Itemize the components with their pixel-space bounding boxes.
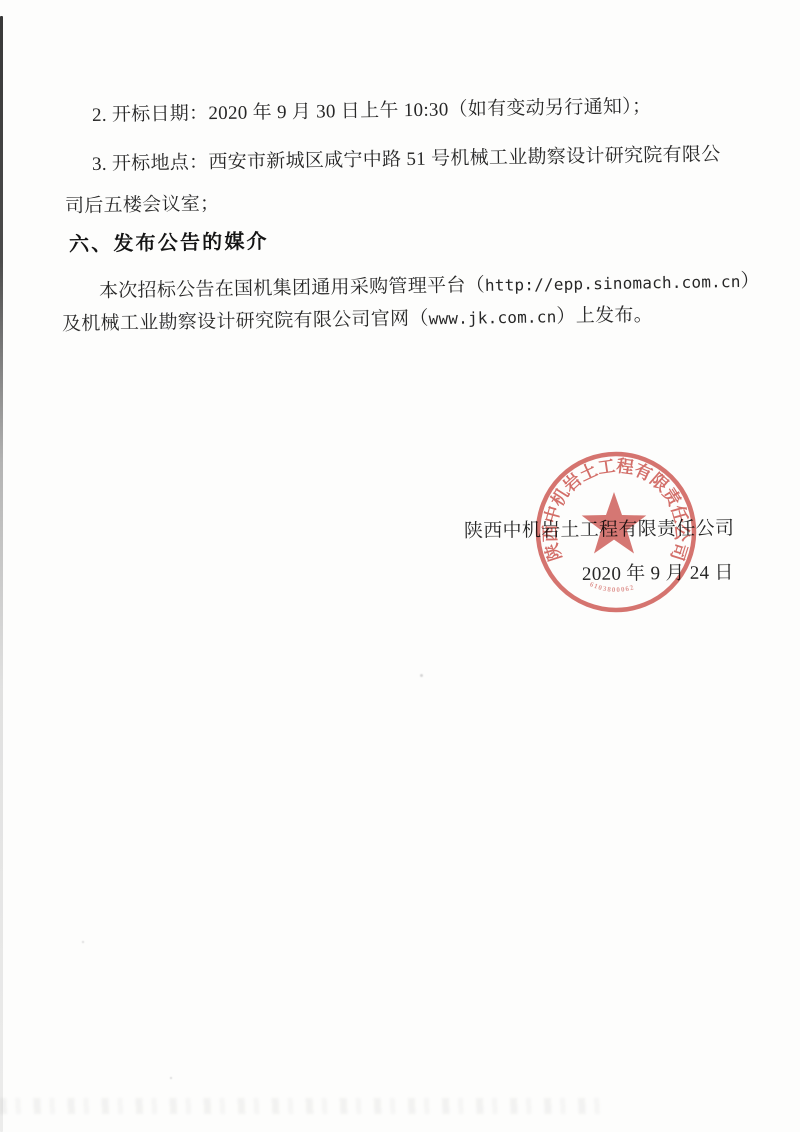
media-line-1-close: ） — [740, 271, 760, 292]
scan-smudge-band — [0, 1098, 600, 1114]
scan-speck — [82, 941, 84, 943]
seal-ring-text: 陕西中机岩土工程有限责任公司 — [540, 455, 691, 563]
scan-speck — [420, 674, 423, 677]
scanned-document-page: 2. 开标日期：2020 年 9 月 30 日上午 10:30（如有变动另行通知… — [0, 0, 800, 1132]
scan-edge-artifact — [0, 16, 3, 1132]
media-line-2-url: www.jk.com.cn — [429, 307, 557, 328]
section-heading-media: 六、发布公告的媒介 — [69, 230, 269, 258]
announcement-media-line-2: 及机械工业勘察设计研究院有限公司官网（www.jk.com.cn）上发布。 — [62, 303, 653, 337]
seal-ring-text-holder: 陕西中机岩土工程有限责任公司 — [540, 455, 691, 563]
scan-speck — [170, 1077, 172, 1079]
media-line-1-url: http://epp.sinomach.com.cn — [485, 272, 741, 295]
media-line-1-text: 本次招标公告在国机集团通用采购管理平台（ — [99, 275, 485, 302]
media-line-2-close: ）上发布。 — [556, 305, 653, 328]
bid-opening-date-line: 2. 开标日期：2020 年 9 月 30 日上午 10:30（如有变动另行通知… — [92, 94, 652, 128]
media-line-2-text: 及机械工业勘察设计研究院有限公司官网（ — [62, 308, 429, 335]
announcement-media-line-1: 本次招标公告在国机集团通用采购管理平台（http://epp.sinomach.… — [99, 269, 760, 304]
signature-company-name: 陕西中机岩土工程有限责任公司 — [464, 516, 734, 544]
bid-opening-location-line-2: 司后五楼会议室； — [65, 192, 220, 219]
bid-opening-location-line-1: 3. 开标地点：西安市新城区咸宁中路 51 号机械工业勘察设计研究院有限公 — [92, 142, 721, 177]
signature-date: 2020 年 9 月 24 日 — [582, 560, 734, 587]
